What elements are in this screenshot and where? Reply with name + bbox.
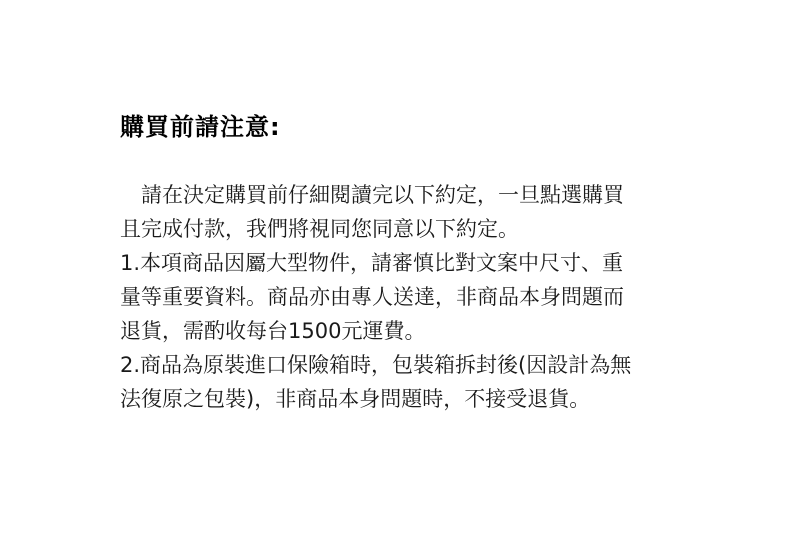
notice-intro-line-1: 請在決定購買前仔細閱讀完以下約定，一旦點選購買 bbox=[120, 178, 690, 212]
notice-rule-2-line-1: 2.商品為原裝進口保險箱時，包裝箱拆封後(因設計為無 bbox=[120, 348, 690, 382]
notice-rule-2-line-2: 法復原之包裝)，非商品本身問題時，不接受退貨。 bbox=[120, 382, 690, 416]
notice-rule-1-line-2: 量等重要資料。商品亦由專人送達，非商品本身問題而 bbox=[120, 280, 690, 314]
notice-intro-line-2: 且完成付款，我們將視同您同意以下約定。 bbox=[120, 212, 690, 246]
notice-rule-1-line-1: 1.本項商品因屬大型物件，請審慎比對文案中尺寸、重 bbox=[120, 246, 690, 280]
notice-rule-1-line-3: 退貨，需酌收每台1500元運費。 bbox=[120, 314, 690, 348]
purchase-notice: 購買前請注意: 請在決定購買前仔細閱讀完以下約定，一旦點選購買 且完成付款，我們… bbox=[120, 110, 690, 416]
notice-title: 購買前請注意: bbox=[120, 110, 690, 144]
